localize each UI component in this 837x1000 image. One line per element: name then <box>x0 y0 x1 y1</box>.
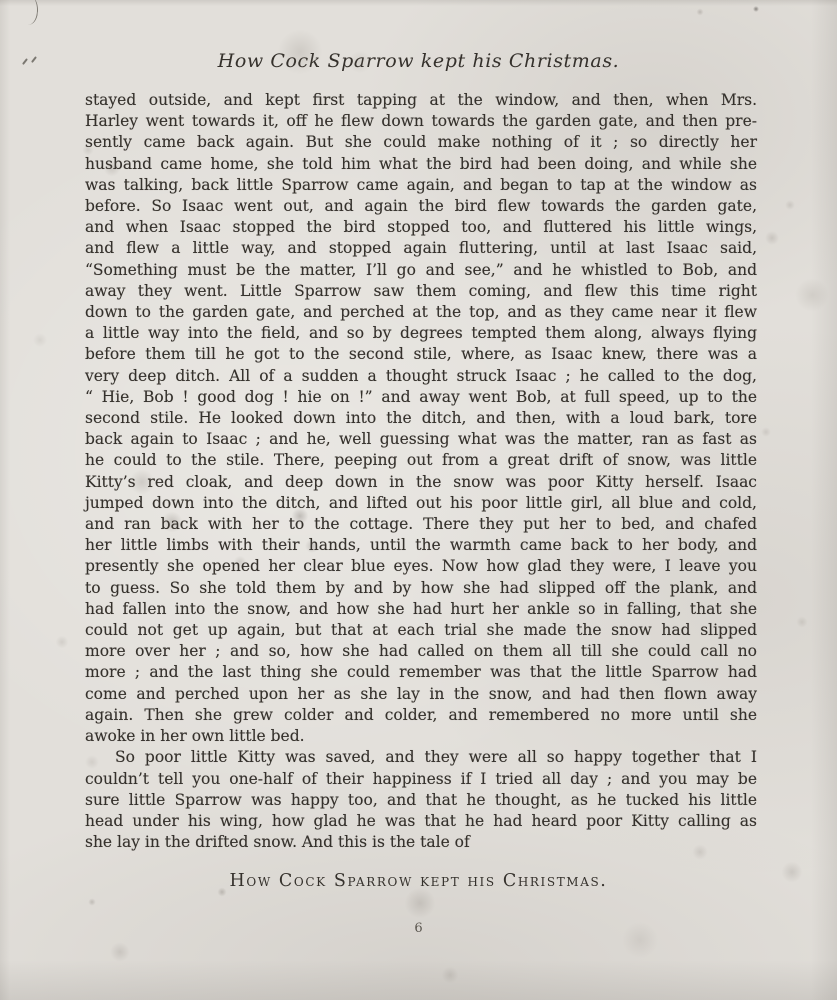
text-line: Kitty’s red cloak, and deep down in the … <box>85 472 757 493</box>
text-line: before them till he got to the second st… <box>85 344 757 365</box>
text-line: very deep ditch. All of a sudden a thoug… <box>85 366 757 387</box>
text-line: and when Isaac stopped the bird stopped … <box>85 217 757 238</box>
text-line: and ran back with her to the cottage. Th… <box>85 514 757 535</box>
text-line: couldn’t tell you one-half of their happ… <box>85 769 757 790</box>
text-line: “Something must be the matter, I’ll go a… <box>85 260 757 281</box>
text-line: head under his wing, how glad he was tha… <box>85 811 757 832</box>
text-line: second stile. He looked down into the di… <box>85 408 757 429</box>
text-line: husband came home, she told him what the… <box>85 154 757 175</box>
text-line: jumped down into the ditch, and lifted o… <box>85 493 757 514</box>
page-number: 6 <box>0 921 837 936</box>
closing-title: How Cock Sparrow kept his Christmas. <box>0 871 837 891</box>
text-line: was talking, back little Sparrow came ag… <box>85 175 757 196</box>
text-line: Harley went towards it, off he flew down… <box>85 111 757 132</box>
text-line: a little way into the field, and so by d… <box>85 323 757 344</box>
text-line: more ; and the last thing she could reme… <box>85 662 757 683</box>
text-line: he could to the stile. There, peeping ou… <box>85 450 757 471</box>
text-line: presently she opened her clear blue eyes… <box>85 556 757 577</box>
text-line: she lay in the drifted snow. And this is… <box>85 832 757 853</box>
text-line: before. So Isaac went out, and again the… <box>85 196 757 217</box>
text-line: back again to Isaac ; and he, well guess… <box>85 429 757 450</box>
text-line: her little limbs with their hands, until… <box>85 535 757 556</box>
text-line: could not get up again, but that at each… <box>85 620 757 641</box>
text-line: had fallen into the snow, and how she ha… <box>85 599 757 620</box>
book-page: How Cock Sparrow kept his Christmas. sta… <box>0 0 837 1000</box>
text-line: So poor little Kitty was saved, and they… <box>85 747 757 768</box>
text-line: and flew a little way, and stopped again… <box>85 238 757 259</box>
text-line: more over her ; and so, how she had call… <box>85 641 757 662</box>
text-line: down to the garden gate, and perched at … <box>85 302 757 323</box>
text-line: come and perched upon her as she lay in … <box>85 684 757 705</box>
text-line: to guess. So she told them by and by how… <box>85 578 757 599</box>
text-line: awoke in her own little bed. <box>85 726 757 747</box>
text-line: sure little Sparrow was happy too, and t… <box>85 790 757 811</box>
pen-mark-curve <box>23 0 40 26</box>
text-line: again. Then she grew colder and colder, … <box>85 705 757 726</box>
text-line: stayed outside, and kept first tapping a… <box>85 90 757 111</box>
body-text: stayed outside, and kept first tapping a… <box>85 90 757 853</box>
text-line: “ Hie, Bob ! good dog ! hie on !” and aw… <box>85 387 757 408</box>
text-line: away they went. Little Sparrow saw them … <box>85 281 757 302</box>
running-header: How Cock Sparrow kept his Christmas. <box>0 50 837 72</box>
text-line: sently came back again. But she could ma… <box>85 132 757 153</box>
